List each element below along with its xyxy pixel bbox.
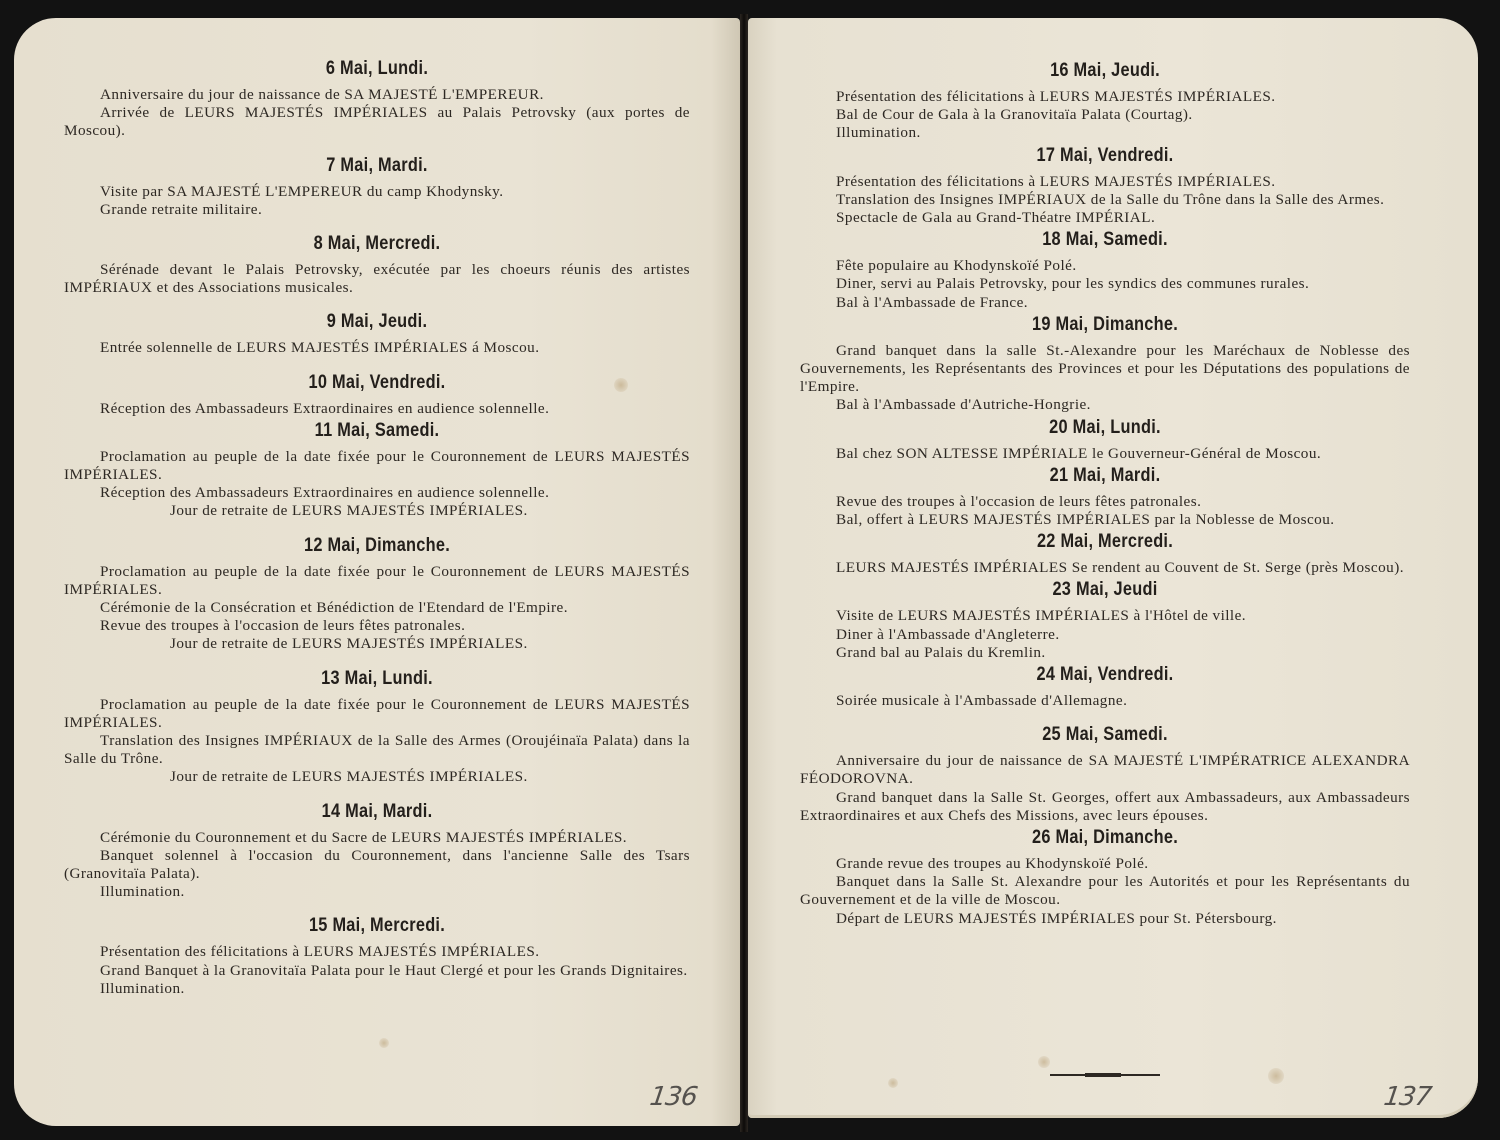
entry-line: Anniversaire du jour de naissance de SA …	[800, 752, 1410, 788]
page-number: 137	[1382, 1082, 1433, 1112]
entry-24-mai: 24 Mai, Vendredi. Soirée musicale à l'Am…	[800, 664, 1410, 710]
entry-date: 19 Mai, Dimanche.	[843, 314, 1368, 336]
entry-date: 8 Mai, Mercredi.	[108, 233, 646, 255]
entry-line: Revue des troupes à l'occasion de leurs …	[800, 493, 1410, 511]
entry-line: Anniversaire du jour de naissance de SA …	[64, 86, 690, 104]
entry-line: Grand banquet dans la salle St.-Alexandr…	[800, 342, 1410, 397]
entry-line: Jour de retraite de LEURS MAJESTÉS IMPÉR…	[64, 635, 690, 653]
entry-line: Illumination.	[64, 980, 690, 998]
entry-date: 17 Mai, Vendredi.	[843, 145, 1368, 167]
entry-line: Proclamation au peuple de la date fixée …	[64, 448, 690, 484]
entry-line: Visite de LEURS MAJESTÉS IMPÉRIALES à l'…	[800, 607, 1410, 625]
entry-date: 23 Mai, Jeudi	[843, 579, 1368, 601]
entry-date: 20 Mai, Lundi.	[843, 417, 1368, 439]
foxing-spot	[888, 1078, 898, 1088]
entry-date: 21 Mai, Mardi.	[843, 465, 1368, 487]
foxing-spot	[379, 1038, 389, 1048]
entry-line: Grand Banquet à la Granovitaïa Palata po…	[64, 962, 690, 980]
entry-line: Visite par SA MAJESTÉ L'EMPEREUR du camp…	[64, 183, 690, 201]
entry-23-mai: 23 Mai, Jeudi Visite de LEURS MAJESTÉS I…	[800, 579, 1410, 662]
entry-date: 15 Mai, Mercredi.	[108, 915, 646, 937]
entry-line: Jour de retraite de LEURS MAJESTÉS IMPÉR…	[64, 502, 690, 520]
left-page-content: 6 Mai, Lundi. Anniversaire du jour de na…	[64, 58, 690, 998]
entry-line: Grand bal au Palais du Kremlin.	[800, 644, 1410, 662]
foxing-spot	[1038, 1056, 1050, 1068]
entry-date: 11 Mai, Samedi.	[108, 420, 646, 442]
entry-line: Cérémonie du Couronnement et du Sacre de…	[64, 829, 690, 847]
entry-line: Bal chez SON ALTESSE IMPÉRIALE le Gouver…	[800, 445, 1410, 463]
right-page-content: 16 Mai, Jeudi. Présentation des félicita…	[800, 60, 1410, 928]
entry-line: Illumination.	[64, 883, 690, 901]
entry-line: Bal, offert à LEURS MAJESTÉS IMPÉRIALES …	[800, 511, 1410, 529]
entry-line: Spectacle de Gala au Grand-Théatre IMPÉR…	[800, 209, 1410, 227]
end-ornament-rule	[1050, 1074, 1160, 1076]
entry-line: Diner à l'Ambassade d'Angleterre.	[800, 626, 1410, 644]
entry-26-mai: 26 Mai, Dimanche. Grande revue des troup…	[800, 827, 1410, 928]
entry-date: 22 Mai, Mercredi.	[843, 531, 1368, 553]
entry-date: 18 Mai, Samedi.	[843, 229, 1368, 251]
entry-date: 12 Mai, Dimanche.	[108, 535, 646, 557]
entry-17-mai: 17 Mai, Vendredi. Présentation des félic…	[800, 145, 1410, 228]
entry-date: 14 Mai, Mardi.	[108, 801, 646, 823]
entry-date: 16 Mai, Jeudi.	[843, 60, 1368, 82]
entry-line: Grande revue des troupes au Khodynskoïé …	[800, 855, 1410, 873]
entry-date: 13 Mai, Lundi.	[108, 668, 646, 690]
entry-21-mai: 21 Mai, Mardi. Revue des troupes à l'occ…	[800, 465, 1410, 529]
entry-line: Bal à l'Ambassade d'Autriche-Hongrie.	[800, 396, 1410, 414]
entry-9-mai: 9 Mai, Jeudi. Entrée solennelle de LEURS…	[64, 311, 690, 357]
entry-line: Diner, servi au Palais Petrovsky, pour l…	[800, 275, 1410, 293]
entry-line: Bal à l'Ambassade de France.	[800, 294, 1410, 312]
entry-line: Arrivée de LEURS MAJESTÉS IMPÉRIALES au …	[64, 104, 690, 140]
foxing-spot	[1268, 1068, 1284, 1084]
entry-10-mai: 10 Mai, Vendredi. Réception des Ambassad…	[64, 372, 690, 418]
entry-20-mai: 20 Mai, Lundi. Bal chez SON ALTESSE IMPÉ…	[800, 417, 1410, 463]
entry-line: Présentation des félicitations à LEURS M…	[800, 173, 1410, 191]
entry-13-mai: 13 Mai, Lundi. Proclamation au peuple de…	[64, 668, 690, 787]
entry-line: Présentation des félicitations à LEURS M…	[800, 88, 1410, 106]
entry-25-mai: 25 Mai, Samedi. Anniversaire du jour de …	[800, 724, 1410, 825]
entry-line: Banquet solennel à l'occasion du Couronn…	[64, 847, 690, 883]
entry-line: Banquet dans la Salle St. Alexandre pour…	[800, 873, 1410, 909]
entry-line: Soirée musicale à l'Ambassade d'Allemagn…	[800, 692, 1410, 710]
entry-line: LEURS MAJESTÉS IMPÉRIALES Se rendent au …	[800, 559, 1410, 577]
entry-date: 10 Mai, Vendredi.	[108, 372, 646, 394]
entry-14-mai: 14 Mai, Mardi. Cérémonie du Couronnement…	[64, 801, 690, 902]
entry-date: 26 Mai, Dimanche.	[843, 827, 1368, 849]
entry-line: Fête populaire au Khodynskoïé Polé.	[800, 257, 1410, 275]
entry-line: Illumination.	[800, 124, 1410, 142]
entry-22-mai: 22 Mai, Mercredi. LEURS MAJESTÉS IMPÉRIA…	[800, 531, 1410, 577]
entry-line: Proclamation au peuple de la date fixée …	[64, 696, 690, 732]
entry-line: Translation des Insignes IMPÉRIAUX de la…	[64, 732, 690, 768]
entry-line: Bal de Cour de Gala à la Granovitaïa Pal…	[800, 106, 1410, 124]
entry-16-mai: 16 Mai, Jeudi. Présentation des félicita…	[800, 60, 1410, 143]
entry-line: Entrée solennelle de LEURS MAJESTÉS IMPÉ…	[64, 339, 690, 357]
entry-line: Grand banquet dans la Salle St. Georges,…	[800, 789, 1410, 825]
entry-11-mai: 11 Mai, Samedi. Proclamation au peuple d…	[64, 420, 690, 521]
entry-15-mai: 15 Mai, Mercredi. Présentation des félic…	[64, 915, 690, 998]
entry-date: 24 Mai, Vendredi.	[843, 664, 1368, 686]
entry-line: Réception des Ambassadeurs Extraordinair…	[64, 484, 690, 502]
book-spine	[740, 14, 748, 1132]
entry-line: Cérémonie de la Consécration et Bénédict…	[64, 599, 690, 617]
entry-line: Translation des Insignes IMPÉRIAUX de la…	[800, 191, 1410, 209]
page-137: 16 Mai, Jeudi. Présentation des félicita…	[748, 18, 1478, 1118]
entry-date: 6 Mai, Lundi.	[108, 58, 646, 80]
entry-19-mai: 19 Mai, Dimanche. Grand banquet dans la …	[800, 314, 1410, 415]
entry-line: Sérénade devant le Palais Petrovsky, exé…	[64, 261, 690, 297]
entry-7-mai: 7 Mai, Mardi. Visite par SA MAJESTÉ L'EM…	[64, 155, 690, 219]
entry-line: Grande retraite militaire.	[64, 201, 690, 219]
entry-6-mai: 6 Mai, Lundi. Anniversaire du jour de na…	[64, 58, 690, 141]
entry-line: Réception des Ambassadeurs Extraordinair…	[64, 400, 690, 418]
entry-line: Départ de LEURS MAJESTÉS IMPÉRIALES pour…	[800, 910, 1410, 928]
entry-date: 25 Mai, Samedi.	[843, 724, 1368, 746]
entry-line: Présentation des félicitations à LEURS M…	[64, 943, 690, 961]
entry-line: Proclamation au peuple de la date fixée …	[64, 563, 690, 599]
page-number: 136	[648, 1082, 699, 1112]
entry-18-mai: 18 Mai, Samedi. Fête populaire au Khodyn…	[800, 229, 1410, 312]
entry-line: Revue des troupes à l'occasion de leurs …	[64, 617, 690, 635]
entry-date: 9 Mai, Jeudi.	[108, 311, 646, 333]
page-136: 6 Mai, Lundi. Anniversaire du jour de na…	[14, 18, 740, 1126]
entry-12-mai: 12 Mai, Dimanche. Proclamation au peuple…	[64, 535, 690, 654]
entry-line: Jour de retraite de LEURS MAJESTÉS IMPÉR…	[64, 768, 690, 786]
entry-8-mai: 8 Mai, Mercredi. Sérénade devant le Pala…	[64, 233, 690, 297]
entry-date: 7 Mai, Mardi.	[108, 155, 646, 177]
